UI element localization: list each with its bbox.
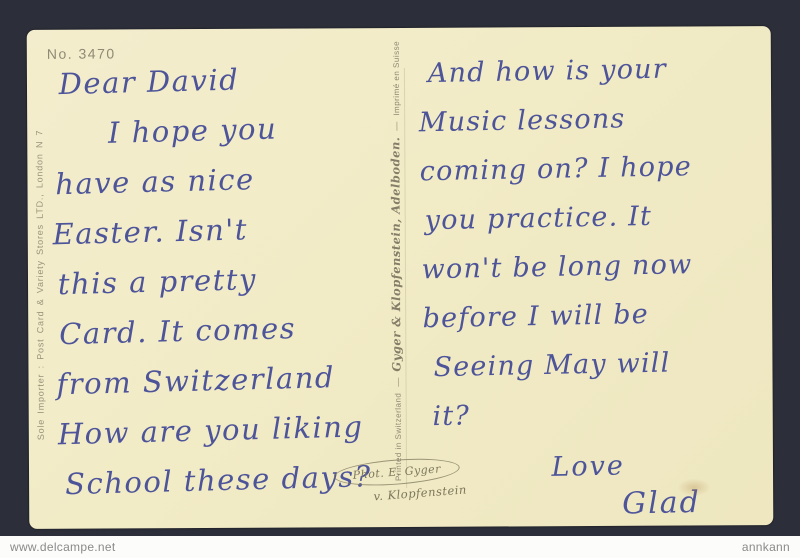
paper-stain [677,478,711,496]
stamp-second-line: v. Klopfenstein [373,482,467,503]
watermark-left: www.delcampe.net [10,540,116,554]
message-line: Seeing May will [433,346,772,401]
message-line: Music lessons [419,101,768,157]
watermark-right: annkann [742,540,790,554]
message-line: Dear David [58,59,389,118]
message-line: I hope you [108,109,391,166]
handwritten-message-left: Dear David I hope you have as nice Easte… [48,59,400,518]
message-line: And how is your [428,52,767,107]
message-line: Easter. Isn't [52,208,393,267]
scanned-postcard-photo: No. 3470 Sole Importer : Post Card & Var… [0,0,800,558]
message-line: coming on? I hope [419,150,768,206]
card-number: No. 3470 [47,45,116,61]
photographer-stamp: Phot. E. Gyger v. Klopfenstein [333,452,507,525]
divider-dash: — [391,116,401,137]
closing-word: Love [551,450,625,482]
centre-divider-line [404,68,407,488]
message-line: from Switzerland [56,358,397,417]
watermark-bar: www.delcampe.net annkann [0,536,800,558]
message-line: have as nice [55,159,392,218]
message-line: this a pretty [57,258,394,317]
message-line: Card. It comes [59,308,396,367]
message-line: you practice. It [424,199,769,255]
importer-edge-text: Sole Importer : Post Card & Variety Stor… [34,85,50,485]
message-line: before I will be [422,297,771,353]
postcard-back: No. 3470 Sole Importer : Post Card & Var… [27,26,774,529]
imprime-text: Imprimé en Suisse [392,41,401,116]
message-line: How are you liking [57,408,398,467]
message-line: won't be long now [421,248,770,304]
message-line: it? [432,395,773,451]
